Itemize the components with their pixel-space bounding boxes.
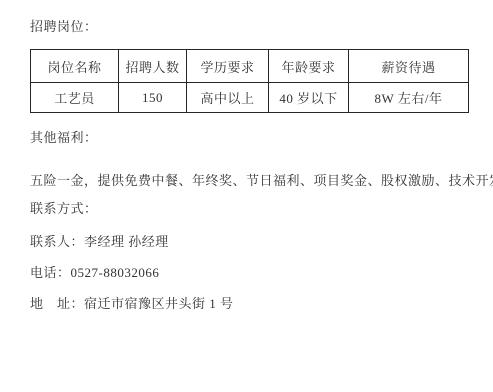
benefits-text: 五险一金，提供免费中餐、年终奖、节日福利、项目奖金、股权激励、技术开发奖等。 [30,170,493,189]
address-line: 地 址：宿迁市宿豫区井头街 1 号 [30,293,234,312]
header-cell-salary: 薪资待遇 [349,50,469,83]
cell-headcount: 150 [119,83,187,113]
header-cell-headcount: 招聘人数 [119,50,187,83]
contact-section-label: 联系方式： [30,198,98,217]
job-posting-document: 招聘岗位： 岗位名称 招聘人数 学历要求 年龄要求 薪资待遇 工艺员 150 高… [0,0,493,392]
table-header-row: 岗位名称 招聘人数 学历要求 年龄要求 薪资待遇 [31,50,469,83]
cell-age: 40 岁以下 [269,83,349,113]
recruit-section-label: 招聘岗位： [30,16,98,35]
contact-person-line: 联系人：李经理 孙经理 [30,231,169,250]
table-row: 工艺员 150 高中以上 40 岁以下 8W 左右/年 [31,83,469,113]
recruitment-table: 岗位名称 招聘人数 学历要求 年龄要求 薪资待遇 工艺员 150 高中以上 40… [30,49,469,113]
cell-salary: 8W 左右/年 [349,83,469,113]
benefits-section-label: 其他福利： [30,127,98,146]
header-cell-position: 岗位名称 [31,50,119,83]
cell-position: 工艺员 [31,83,119,113]
cell-education: 高中以上 [187,83,269,113]
phone-line: 电话：0527-88032066 [30,262,159,281]
header-cell-education: 学历要求 [187,50,269,83]
header-cell-age: 年龄要求 [269,50,349,83]
